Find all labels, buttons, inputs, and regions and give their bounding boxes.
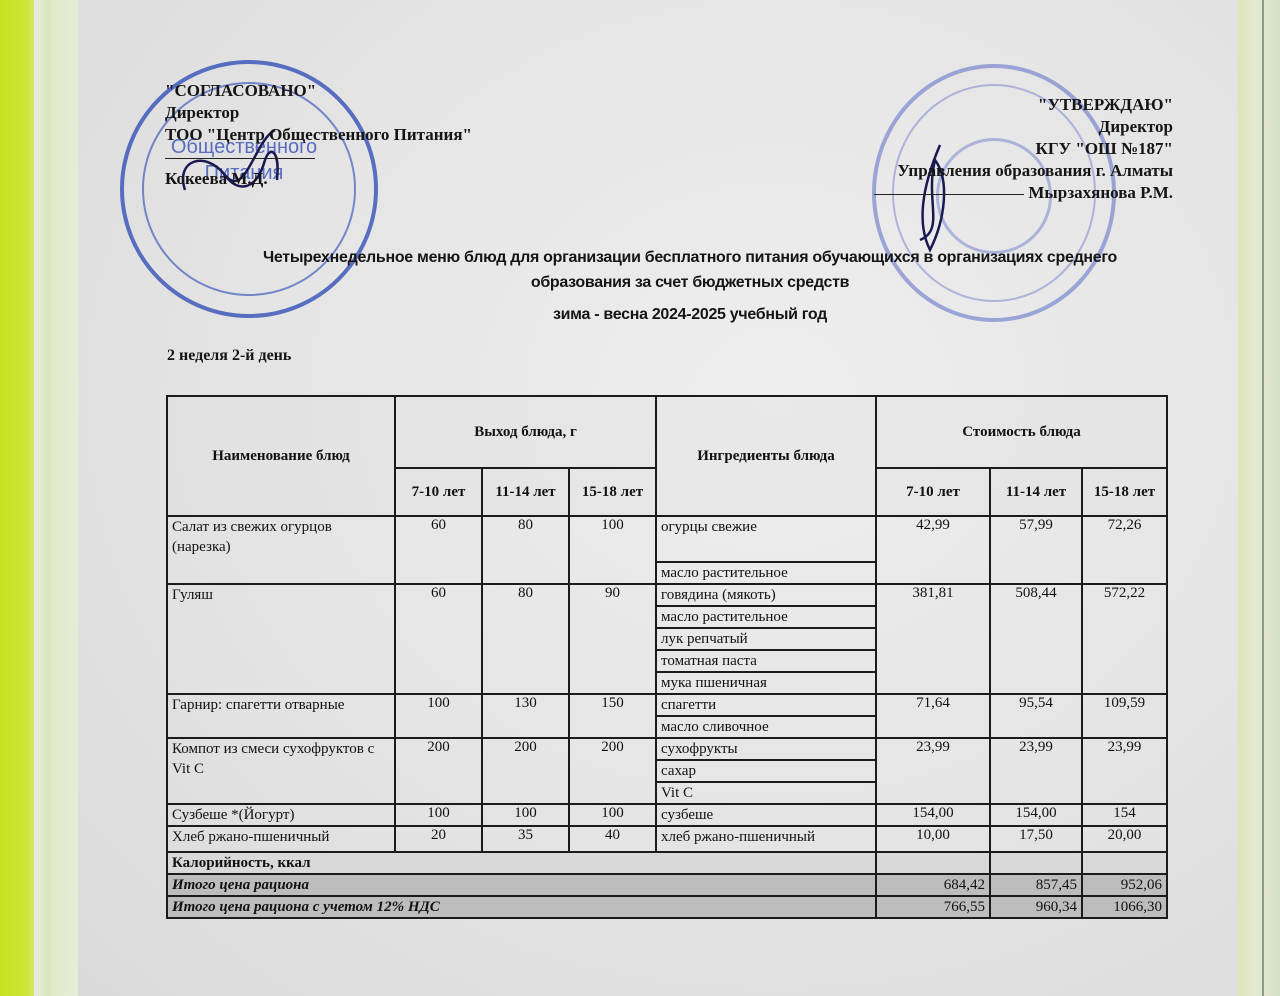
ingredient: огурцы свежие <box>656 516 876 562</box>
dish-yield: 100 <box>482 804 569 826</box>
dish-cost: 95,54 <box>990 694 1082 738</box>
dish-yield: 80 <box>482 584 569 694</box>
header-dish-name: Наименование блюд <box>167 396 395 516</box>
title-line-1: Четырехнедельное меню блюд для организац… <box>230 246 1150 270</box>
total-vat-label: Итого цена рациона с учетом 12% НДС <box>167 896 876 918</box>
ingredient: сузбеше <box>656 804 876 826</box>
dish-yield: 20 <box>395 826 482 852</box>
title-line-3: зима - весна 2024-2025 учебный год <box>230 303 1150 327</box>
summary-row-calories: Калорийность, ккал <box>167 852 1167 874</box>
dish-yield: 40 <box>569 826 656 852</box>
dish-cost: 72,26 <box>1082 516 1167 584</box>
header-yield-age-2: 11-14 лет <box>482 468 569 516</box>
dish-yield: 130 <box>482 694 569 738</box>
dish-cost: 23,99 <box>1082 738 1167 804</box>
ingredient: спагетти <box>656 694 876 716</box>
title-line-2: образования за счет бюджетных средств <box>230 271 1150 295</box>
approval-right-organization: КГУ "ОШ №187" <box>845 138 1173 160</box>
dish-cost: 57,99 <box>990 516 1082 584</box>
dish-yield: 60 <box>395 516 482 584</box>
dish-name: Салат из свежих огурцов (нарезка) <box>167 516 395 584</box>
approval-right-signatory: Мырзахянова Р.М. <box>1028 183 1173 202</box>
dish-cost: 109,59 <box>1082 694 1167 738</box>
dish-yield: 90 <box>569 584 656 694</box>
frame-edge-right <box>1238 0 1280 996</box>
dish-cost: 20,00 <box>1082 826 1167 852</box>
header-cost-age-3: 15-18 лет <box>1082 468 1167 516</box>
summary-row-total-vat: Итого цена рациона с учетом 12% НДС 766,… <box>167 896 1167 918</box>
approval-right-position: Директор <box>845 116 1173 138</box>
frame-edge-left <box>34 0 50 996</box>
frame-edge-left-inner <box>50 0 80 996</box>
ingredient: хлеб ржано-пшеничный <box>656 826 876 852</box>
total-vat-value-2: 960,34 <box>990 896 1082 918</box>
dish-yield: 150 <box>569 694 656 738</box>
header-cost: Стоимость блюда <box>876 396 1167 468</box>
dish-cost: 42,99 <box>876 516 990 584</box>
summary-row-total: Итого цена рациона 684,42 857,45 952,06 <box>167 874 1167 896</box>
calories-value-1 <box>876 852 990 874</box>
dish-cost: 71,64 <box>876 694 990 738</box>
dish-name: Гарнир: спагетти отварные <box>167 694 395 738</box>
dish-cost: 508,44 <box>990 584 1082 694</box>
calories-label: Калорийность, ккал <box>167 852 876 874</box>
dish-name: Компот из смеси сухофруктов с Vit C <box>167 738 395 804</box>
ingredient: масло растительное <box>656 562 876 584</box>
dish-name: Хлеб ржано-пшеничный <box>167 826 395 852</box>
total-vat-value-3: 1066,30 <box>1082 896 1167 918</box>
dish-cost: 154 <box>1082 804 1167 826</box>
approval-right-department: Управления образования г. Алматы <box>845 160 1173 182</box>
approval-left-block: "СОГЛАСОВАНО" Директор ТОО "Центр Общест… <box>165 80 472 190</box>
total-label: Итого цена рациона <box>167 874 876 896</box>
approval-left-organization: ТОО "Центр Общественного Питания" <box>165 124 472 146</box>
ingredient: масло сливочное <box>656 716 876 738</box>
dish-yield: 200 <box>569 738 656 804</box>
approval-left-position: Директор <box>165 102 472 124</box>
document-title: Четырехнедельное меню блюд для организац… <box>230 246 1150 327</box>
dish-yield: 200 <box>482 738 569 804</box>
calories-value-3 <box>1082 852 1167 874</box>
dish-cost: 154,00 <box>990 804 1082 826</box>
dish-cost: 154,00 <box>876 804 990 826</box>
ingredient: сухофрукты <box>656 738 876 760</box>
ingredient: масло растительное <box>656 606 876 628</box>
header-cost-age-1: 7-10 лет <box>876 468 990 516</box>
dish-yield: 200 <box>395 738 482 804</box>
dish-cost: 17,50 <box>990 826 1082 852</box>
dish-yield: 100 <box>395 804 482 826</box>
dish-cost: 381,81 <box>876 584 990 694</box>
signature-line-left <box>165 157 315 159</box>
menu-table-body: Салат из свежих огурцов (нарезка)6080100… <box>167 516 1167 852</box>
table-row: Компот из смеси сухофруктов с Vit C20020… <box>167 738 1167 760</box>
menu-table-summary: Калорийность, ккал Итого цена рациона 68… <box>167 852 1167 918</box>
dish-yield: 60 <box>395 584 482 694</box>
dish-cost: 23,99 <box>876 738 990 804</box>
approval-right-block: "УТВЕРЖДАЮ" Директор КГУ "ОШ №187" Управ… <box>845 94 1173 204</box>
signature-line-right <box>874 193 1024 195</box>
dish-name: Гуляш <box>167 584 395 694</box>
table-row: Гуляш608090говядина (мякоть)381,81508,44… <box>167 584 1167 606</box>
dish-cost: 23,99 <box>990 738 1082 804</box>
dish-cost: 10,00 <box>876 826 990 852</box>
menu-table: Наименование блюд Выход блюда, г Ингреди… <box>166 395 1168 919</box>
total-value-2: 857,45 <box>990 874 1082 896</box>
ingredient: сахар <box>656 760 876 782</box>
dish-cost: 572,22 <box>1082 584 1167 694</box>
ingredient: мука пшеничная <box>656 672 876 694</box>
header-cost-age-2: 11-14 лет <box>990 468 1082 516</box>
table-row: Хлеб ржано-пшеничный203540хлеб ржано-пше… <box>167 826 1167 852</box>
ingredient: лук репчатый <box>656 628 876 650</box>
table-row: Салат из свежих огурцов (нарезка)6080100… <box>167 516 1167 562</box>
table-row: Гарнир: спагетти отварные100130150спагет… <box>167 694 1167 716</box>
table-row: Сузбеше *(Йогурт)100100100сузбеше154,001… <box>167 804 1167 826</box>
header-ingredients: Ингредиенты блюда <box>656 396 876 516</box>
approval-right-heading: "УТВЕРЖДАЮ" <box>845 94 1173 116</box>
total-vat-value-1: 766,55 <box>876 896 990 918</box>
ingredient: Vit C <box>656 782 876 804</box>
ingredient: говядина (мякоть) <box>656 584 876 606</box>
dish-yield: 100 <box>569 516 656 584</box>
day-label: 2 неделя 2-й день <box>167 347 291 365</box>
dish-yield: 35 <box>482 826 569 852</box>
calories-value-2 <box>990 852 1082 874</box>
frame-line-right <box>1262 0 1264 996</box>
approval-left-signatory: Кокеева М.Д. <box>165 168 472 190</box>
approval-left-heading: "СОГЛАСОВАНО" <box>165 80 472 102</box>
total-value-3: 952,06 <box>1082 874 1167 896</box>
header-yield-age-3: 15-18 лет <box>569 468 656 516</box>
dish-yield: 80 <box>482 516 569 584</box>
header-yield-age-1: 7-10 лет <box>395 468 482 516</box>
total-value-1: 684,42 <box>876 874 990 896</box>
ingredient: томатная паста <box>656 650 876 672</box>
dish-yield: 100 <box>569 804 656 826</box>
dish-name: Сузбеше *(Йогурт) <box>167 804 395 826</box>
dish-yield: 100 <box>395 694 482 738</box>
header-yield: Выход блюда, г <box>395 396 656 468</box>
